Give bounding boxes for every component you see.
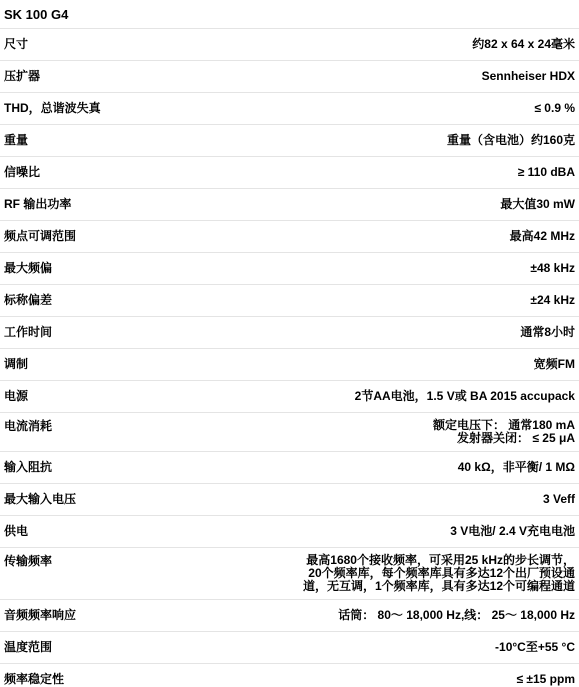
spec-label: 尺寸	[4, 37, 28, 52]
spec-value: ±24 kHz	[52, 293, 575, 308]
spec-value: 最高1680个接收频率，可采用25 kHz的步长调节， 20个频率库，每个频率库…	[52, 554, 575, 593]
spec-value: 2节AA电池，1.5 V或 BA 2015 accupack	[28, 389, 575, 404]
spec-table: 尺寸 约82 x 64 x 24毫米 压扩器 Sennheiser HDX TH…	[0, 28, 579, 687]
spec-row: 尺寸 约82 x 64 x 24毫米	[0, 28, 579, 60]
spec-row: 电源 2节AA电池，1.5 V或 BA 2015 accupack	[0, 380, 579, 412]
spec-label: 电流消耗	[4, 419, 52, 433]
spec-row: 工作时间 通常8小时	[0, 316, 579, 348]
spec-row: 重量 重量（含电池）约160克	[0, 124, 579, 156]
spec-row: 传输频率 最高1680个接收频率，可采用25 kHz的步长调节， 20个频率库，…	[0, 547, 579, 599]
spec-label: 调制	[4, 357, 28, 372]
spec-value: 3 Veff	[76, 492, 575, 507]
spec-label: 最大频偏	[4, 261, 52, 276]
spec-label: RF 输出功率	[4, 197, 71, 212]
spec-label: 音频频率响应	[4, 608, 76, 623]
spec-row: 频点可调范围 最高42 MHz	[0, 220, 579, 252]
spec-value: 宽频FM	[28, 357, 575, 372]
spec-label: 供电	[4, 524, 28, 539]
spec-label: 温度范围	[4, 640, 52, 655]
spec-row: 温度范围 -10°C至+55 °C	[0, 631, 579, 663]
spec-label: THD，总谐波失真	[4, 101, 101, 116]
spec-value: 话筒： 80～ 18,000 Hz,线： 25～ 18,000 Hz	[76, 608, 575, 623]
spec-value: 重量（含电池）约160克	[28, 133, 575, 148]
spec-value: 最大值30 mW	[71, 197, 575, 212]
spec-row: 信噪比 ≥ 110 dBA	[0, 156, 579, 188]
spec-row: 电流消耗 额定电压下： 通常180 mA 发射器关闭： ≤ 25 μA	[0, 412, 579, 451]
spec-sheet: SK 100 G4 尺寸 约82 x 64 x 24毫米 压扩器 Sennhei…	[0, 0, 579, 687]
spec-label: 频点可调范围	[4, 229, 76, 244]
spec-row: 频率稳定性 ≤ ±15 ppm	[0, 663, 579, 687]
spec-row: 调制 宽频FM	[0, 348, 579, 380]
spec-label: 信噪比	[4, 165, 40, 180]
spec-value: 40 kΩ，非平衡/ 1 MΩ	[52, 460, 575, 475]
spec-row: 最大输入电压 3 Veff	[0, 483, 579, 515]
spec-value: ≥ 110 dBA	[40, 165, 575, 180]
spec-label: 工作时间	[4, 325, 52, 340]
spec-row: RF 输出功率 最大值30 mW	[0, 188, 579, 220]
spec-value: 约82 x 64 x 24毫米	[28, 37, 575, 52]
spec-row: 音频频率响应 话筒： 80～ 18,000 Hz,线： 25～ 18,000 H…	[0, 599, 579, 631]
spec-value: -10°C至+55 °C	[52, 640, 575, 655]
spec-label: 频率稳定性	[4, 672, 64, 687]
spec-row: 压扩器 Sennheiser HDX	[0, 60, 579, 92]
spec-label: 传输频率	[4, 554, 52, 568]
spec-value: 3 V电池/ 2.4 V充电电池	[28, 524, 575, 539]
spec-row: THD，总谐波失真 ≤ 0.9 %	[0, 92, 579, 124]
spec-value: ≤ 0.9 %	[101, 101, 575, 116]
spec-row: 最大频偏 ±48 kHz	[0, 252, 579, 284]
spec-value: ≤ ±15 ppm	[64, 672, 575, 687]
spec-value: 最高42 MHz	[76, 229, 575, 244]
spec-value: ±48 kHz	[52, 261, 575, 276]
spec-label: 压扩器	[4, 69, 40, 84]
spec-label: 标称偏差	[4, 293, 52, 308]
spec-row: 输入阻抗 40 kΩ，非平衡/ 1 MΩ	[0, 451, 579, 483]
spec-value: 额定电压下： 通常180 mA 发射器关闭： ≤ 25 μA	[52, 419, 575, 445]
spec-label: 重量	[4, 133, 28, 148]
spec-row: 标称偏差 ±24 kHz	[0, 284, 579, 316]
spec-label: 最大输入电压	[4, 492, 76, 507]
spec-label: 电源	[4, 389, 28, 404]
page-title: SK 100 G4	[0, 0, 579, 28]
spec-label: 输入阻抗	[4, 460, 52, 475]
spec-value: 通常8小时	[52, 325, 575, 340]
spec-row: 供电 3 V电池/ 2.4 V充电电池	[0, 515, 579, 547]
spec-value: Sennheiser HDX	[40, 69, 575, 84]
